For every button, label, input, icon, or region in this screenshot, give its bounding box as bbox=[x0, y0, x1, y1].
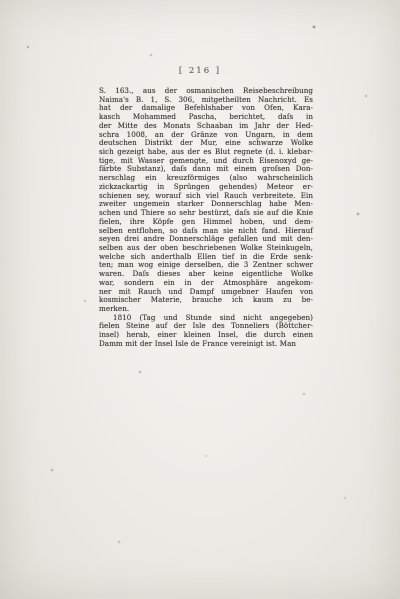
paragraph: 1810 (Tag und Stunde sind nicht angegebe… bbox=[99, 314, 313, 349]
text-block: S. 163., aus der osmanischen Reisebeschr… bbox=[99, 87, 313, 349]
text-line: Damm mit der Insel Isle de France verein… bbox=[99, 340, 313, 349]
text-line: kosmischer Materie, brauche ich kaum zu … bbox=[99, 296, 313, 305]
scan-dust-specks bbox=[0, 0, 2, 2]
scanned-book-page: [ 216 ] S. 163., aus der osmanischen Rei… bbox=[0, 0, 400, 599]
paragraph: S. 163., aus der osmanischen Reisebeschr… bbox=[99, 87, 313, 314]
page-number: [ 216 ] bbox=[0, 66, 400, 76]
